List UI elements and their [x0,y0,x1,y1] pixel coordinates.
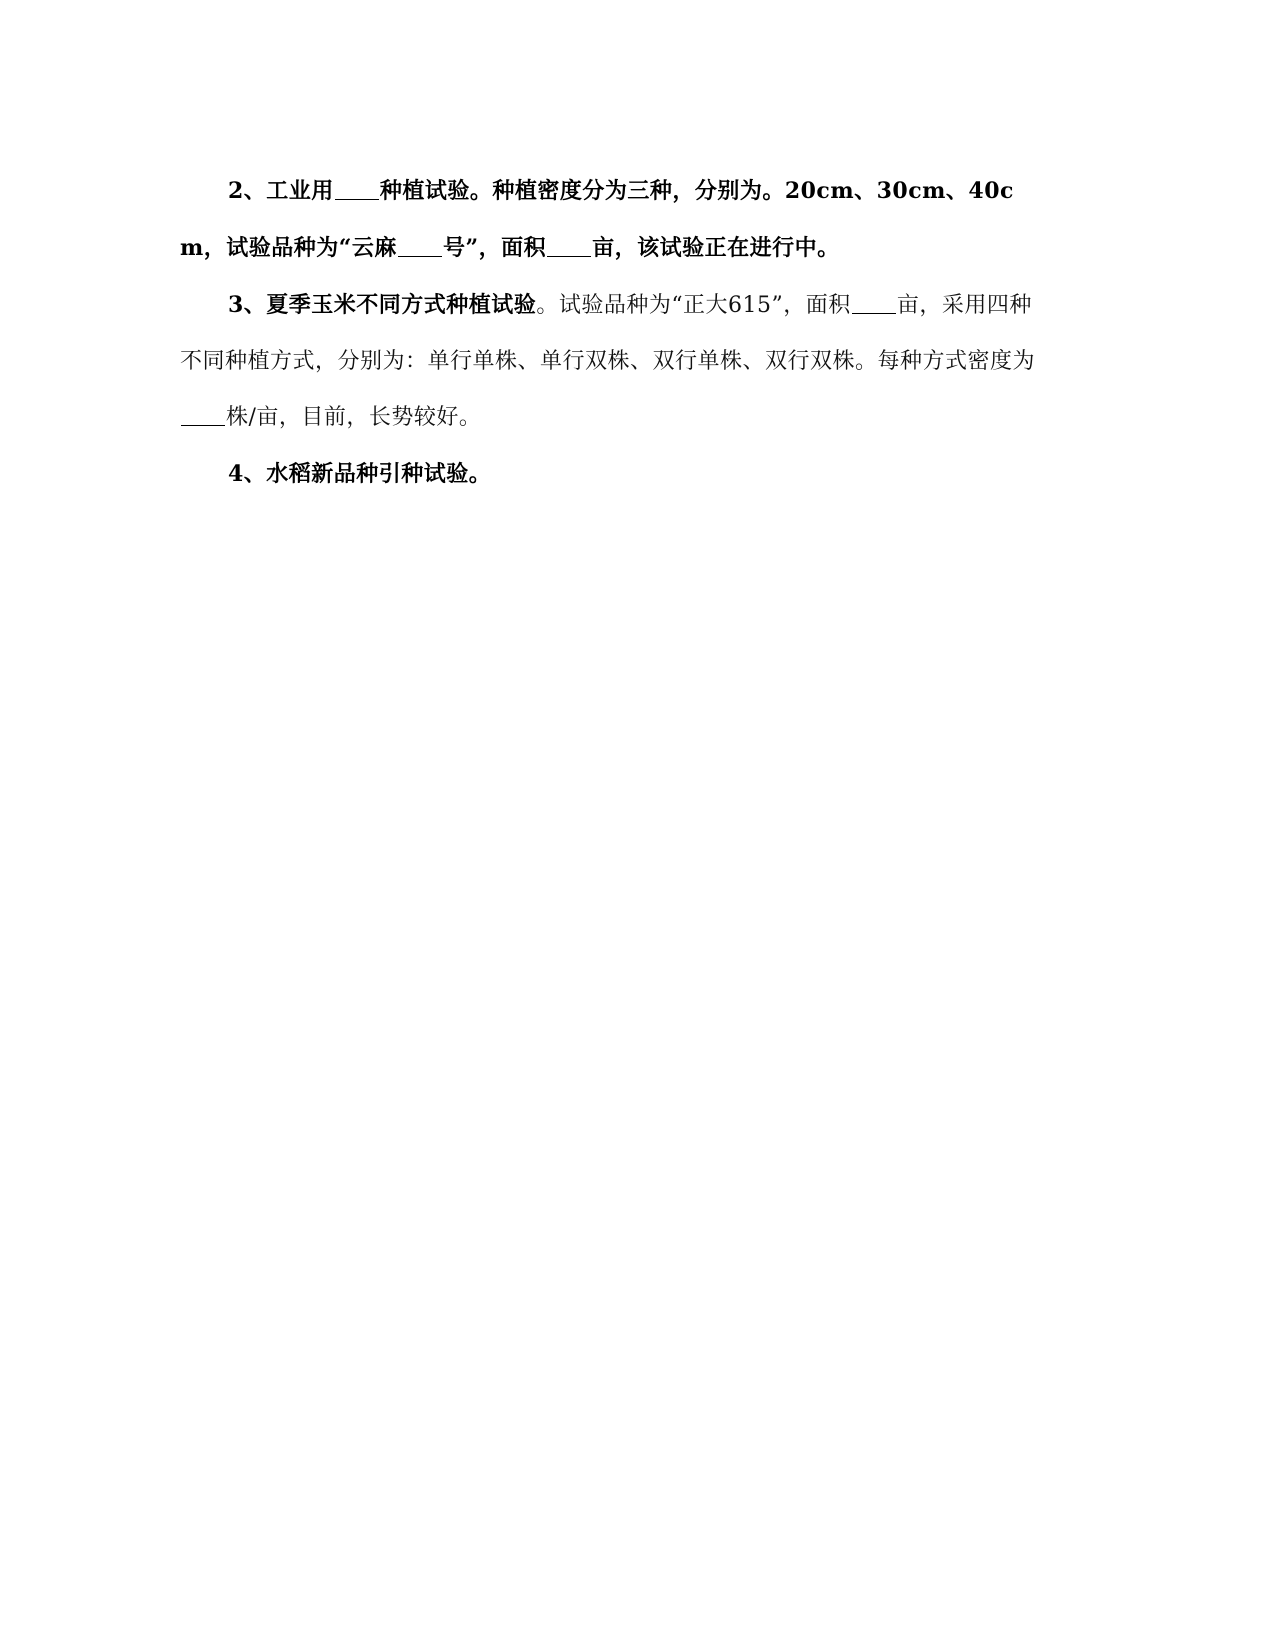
item-3-heading: 3、夏季玉米不同方式种植试验 [228,292,536,318]
item-2-text-a: 2、工业用 [228,178,334,204]
item-2-text-c: 号”，面积 [443,235,546,261]
item-4-heading: 4、水稻新品种引种试验。 [228,461,491,487]
paragraph-item-4: 4、水稻新品种引种试验。 [180,446,1040,503]
paragraph-item-2: 2、工业用种植试验。种植密度分为三种，分别为。20cm、30cm、40cm，试验… [180,163,1040,277]
item-3-text-c: 株/亩，目前，长势较好。 [226,405,481,430]
item-3-text-a: 。试验品种为“正大615”，面积 [536,293,851,318]
fill-blank [181,403,225,426]
document-page: 2、工业用种植试验。种植密度分为三种，分别为。20cm、30cm、40cm，试验… [180,163,1040,503]
paragraph-item-3: 3、夏季玉米不同方式种植试验。试验品种为“正大615”，面积亩，采用四种不同种植… [180,277,1040,446]
fill-blank [547,234,591,257]
item-2-text-d: 亩，该试验正在进行中。 [592,235,840,261]
fill-blank [335,177,379,200]
fill-blank [852,291,896,314]
fill-blank [398,234,442,257]
